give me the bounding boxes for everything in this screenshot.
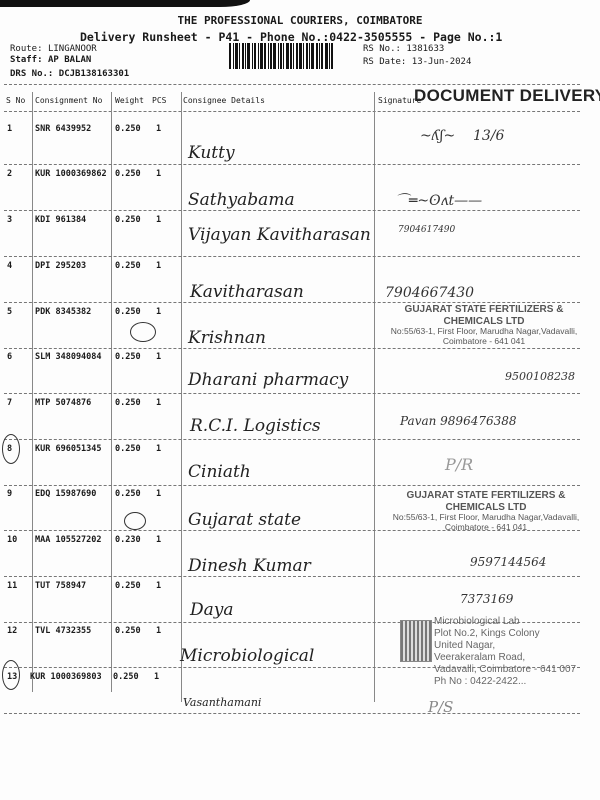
weight: 0.250 (115, 444, 141, 454)
sno: 10 (7, 535, 17, 545)
consignee-handwriting: Vijayan Kavitharasan (188, 225, 371, 245)
consignment-no: PDK 8345382 (35, 307, 91, 317)
consignee-handwriting: Krishnan (188, 328, 266, 348)
route-label: Route: (10, 44, 43, 54)
pcs: 1 (156, 352, 161, 362)
weight: 0.250 (115, 261, 141, 271)
col-sno: S No (6, 96, 25, 105)
rs-date-field: RS Date: 13-Jun-2024 (363, 57, 471, 67)
row-divider (4, 164, 580, 165)
sno: 9 (7, 489, 12, 499)
signature: Pavan 9896476388 (400, 414, 517, 428)
row-divider (4, 302, 580, 303)
route-field: Route: LINGANOOR (10, 44, 97, 54)
col-line (181, 92, 182, 702)
temple-logo-icon (400, 620, 432, 662)
row-divider (4, 576, 580, 577)
weight: 0.250 (115, 215, 141, 225)
rs-no-label: RS No.: (363, 44, 401, 54)
consignee-handwriting: R.C.I. Logistics (190, 416, 321, 436)
signature: 7904667430 (385, 285, 474, 301)
runsheet-subtitle: Delivery Runsheet - P41 - Phone No.:0422… (80, 30, 502, 44)
row-divider (4, 393, 580, 394)
consignment-no: KDI 961384 (35, 215, 86, 225)
circled-mark (130, 322, 156, 342)
consignment-no: KUR 696051345 (35, 444, 102, 454)
row-divider (4, 348, 580, 349)
signature: ⌒═~ʘʌt—— (395, 190, 482, 210)
company-title: THE PROFESSIONAL COURIERS, COIMBATORE (0, 14, 600, 27)
pcs: 1 (156, 581, 161, 591)
pcs: 1 (156, 261, 161, 271)
barcode (229, 43, 359, 69)
weight: 0.250 (115, 169, 141, 179)
scan-edge-shadow (0, 0, 250, 7)
rs-no-value: 1381633 (406, 44, 444, 54)
pcs: 1 (156, 398, 161, 408)
signature: 7373169 (460, 592, 513, 606)
pcs: 1 (156, 307, 161, 317)
col-line (32, 92, 33, 692)
consignee-handwriting: Ciniath (188, 462, 251, 482)
consignment-no: MTP 5074876 (35, 398, 91, 408)
sno: 6 (7, 352, 12, 362)
pcs: 1 (156, 124, 161, 134)
weight: 0.250 (115, 581, 141, 591)
signature: 7904617490 (398, 225, 455, 235)
pcs: 1 (156, 489, 161, 499)
consignment-no: SNR 6439952 (35, 124, 91, 134)
microbiological-lab-stamp: Microbiological Lab Plot No.2, Kings Col… (400, 616, 600, 678)
col-consignment: Consignment No (35, 96, 102, 105)
rs-date-value: 13-Jun-2024 (412, 57, 472, 67)
sno: 3 (7, 215, 12, 225)
sno: 1 (7, 124, 12, 134)
signature: P/R (445, 455, 473, 474)
sno: 2 (7, 169, 12, 179)
sno: 5 (7, 307, 12, 317)
col-line (111, 92, 112, 692)
signature: 9597144564 (470, 555, 546, 569)
signature: P/S (428, 698, 453, 716)
sno: 12 (7, 626, 17, 636)
weight: 0.250 (115, 398, 141, 408)
gsfc-stamp: GUJARAT STATE FERTILIZERS & CHEMICALS LT… (386, 490, 586, 533)
consignment-no: KUR 1000369862 (35, 169, 107, 179)
weight: 0.230 (115, 535, 141, 545)
sno: 11 (7, 581, 17, 591)
signature: ~ʎʃ~ 13/6 (420, 128, 504, 144)
col-consignee: Consignee Details (183, 96, 265, 105)
sno: 4 (7, 261, 12, 271)
weight: 0.250 (115, 626, 141, 636)
row-divider (4, 485, 580, 486)
pcs: 1 (156, 169, 161, 179)
consignee-handwriting: Microbiological (180, 646, 314, 666)
consignee-handwriting: Sathyabama (188, 190, 295, 210)
drs-label: DRS No.: (10, 69, 53, 79)
gsfc-stamp: GUJARAT STATE FERTILIZERS & CHEMICALS LT… (384, 304, 584, 347)
sno: 8 (7, 444, 12, 454)
row-divider (4, 256, 580, 257)
staff-value: AP BALAN (48, 55, 91, 65)
sno: 13 (7, 672, 17, 682)
header-divider (4, 111, 580, 112)
pcs: 1 (156, 535, 161, 545)
weight: 0.250 (113, 672, 139, 682)
consignment-no: MAA 105527202 (35, 535, 102, 545)
document-delivery-stamp: DOCUMENT DELIVERY (414, 86, 600, 106)
weight: 0.250 (115, 124, 141, 134)
col-line (374, 92, 375, 702)
weight: 0.250 (115, 352, 141, 362)
drs-field: DRS No.: DCJB138163301 (10, 69, 129, 79)
consignment-no: KUR 1000369803 (30, 672, 102, 682)
col-weight: Weight (115, 96, 144, 105)
row-divider (4, 439, 580, 440)
consignment-no: DPI 295203 (35, 261, 86, 271)
consignment-no: SLM 348094084 (35, 352, 102, 362)
consignee-handwriting: Vasanthamani (183, 696, 261, 709)
rs-no-field: RS No.: 1381633 (363, 44, 444, 54)
pcs: 1 (156, 626, 161, 636)
weight: 0.250 (115, 489, 141, 499)
consignee-handwriting: Kutty (188, 143, 235, 163)
consignee-handwriting: Dharani pharmacy (188, 370, 348, 390)
consignee-handwriting: Dinesh Kumar (188, 556, 311, 576)
route-value: LINGANOOR (48, 44, 97, 54)
row-divider (4, 210, 580, 211)
signature: 9500108238 (505, 370, 575, 383)
consignee-handwriting: Daya (190, 600, 234, 620)
consignment-no: TUT 758947 (35, 581, 86, 591)
consignee-handwriting: Kavitharasan (190, 282, 304, 302)
rs-date-label: RS Date: (363, 57, 406, 67)
pcs: 1 (154, 672, 159, 682)
circled-mark (124, 512, 146, 530)
row-divider (4, 713, 580, 714)
divider (4, 84, 580, 85)
consignment-no: TVL 4732355 (35, 626, 91, 636)
drs-value: DCJB138163301 (59, 69, 129, 79)
weight: 0.250 (115, 307, 141, 317)
sno: 7 (7, 398, 12, 408)
consignment-no: EDQ 15987690 (35, 489, 96, 499)
col-pcs: PCS (152, 96, 166, 105)
pcs: 1 (156, 215, 161, 225)
staff-label: Staff: (10, 55, 43, 65)
staff-field: Staff: AP BALAN (10, 55, 91, 65)
pcs: 1 (156, 444, 161, 454)
consignee-handwriting: Gujarat state (188, 510, 301, 530)
